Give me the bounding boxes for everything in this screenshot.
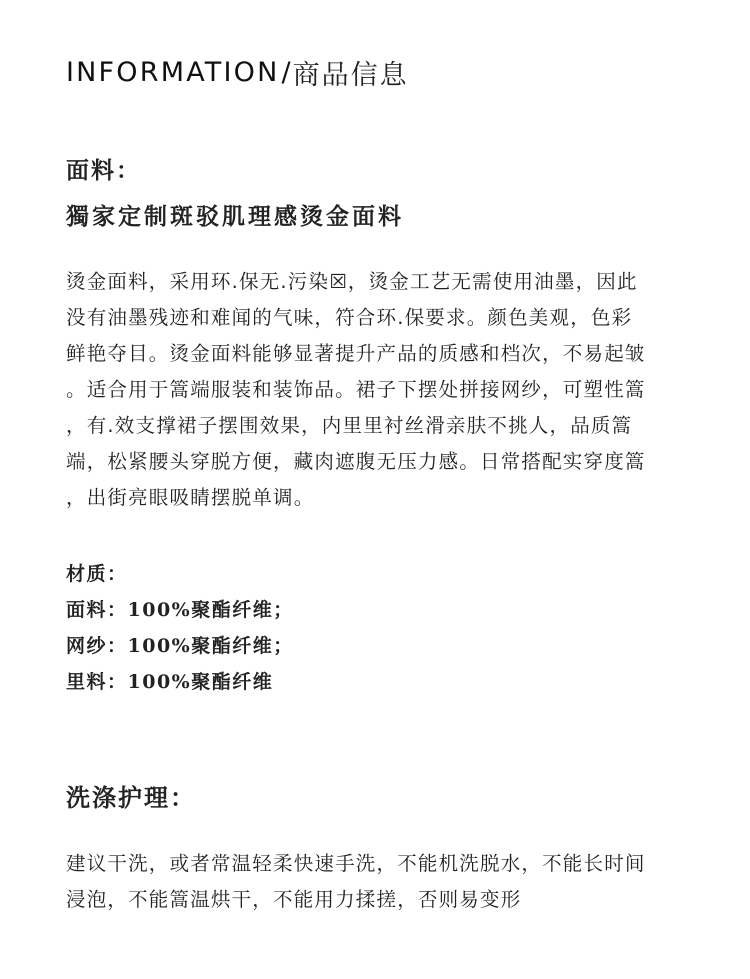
care-line: 浸泡，不能篙温烘干，不能用力揉搓，否则易变形 (66, 882, 696, 918)
description-line: 烫金面料，采用环.保无.污染☒，烫金工艺无需使用油墨，因此 (66, 264, 696, 300)
fabric-name: 獨家定制斑驳肌理感烫金面料 (66, 198, 404, 231)
description-line: 没有油墨残迹和难闻的气味，符合环.保要求。颜色美观，色彩 (66, 300, 696, 336)
material-heading: 材质： (66, 556, 294, 592)
page-title: INFORMATION / 商品信息 (66, 52, 409, 92)
description-line: 。适合用于篙端服装和装饰品。裙子下摆处拼接网纱，可塑性篙 (66, 372, 696, 408)
care-instructions: 建议干洗，或者常温轻柔快速手洗，不能机洗脱水，不能长时间 浸泡，不能篙温烘干，不… (66, 846, 696, 918)
fabric-description: 烫金面料，采用环.保无.污染☒，烫金工艺无需使用油墨，因此 没有油墨残迹和难闻的… (66, 264, 696, 516)
material-section: 材质： 面料：100%聚酯纤维； 网纱：100%聚酯纤维； 里料：100%聚酯纤… (66, 556, 294, 700)
material-item: 网纱：100%聚酯纤维； (66, 628, 294, 664)
care-line: 建议干洗，或者常温轻柔快速手洗，不能机洗脱水，不能长时间 (66, 846, 696, 882)
description-line: ，出街亮眼吸睛摆脱单调。 (66, 480, 696, 516)
description-line: 端，松紧腰头穿脱方便，藏肉遮腹无压力感。日常搭配实穿度篙 (66, 444, 696, 480)
material-item: 面料：100%聚酯纤维； (66, 592, 294, 628)
title-english: INFORMATION (66, 57, 279, 88)
description-line: ，有.效支撑裙子摆围效果，内里里衬丝滑亲肤不挑人，品质篙 (66, 408, 696, 444)
care-heading: 洗涤护理： (66, 778, 196, 813)
description-line: 鲜艳夺目。烫金面料能够显著提升产品的质感和档次，不易起皱 (66, 336, 696, 372)
material-item: 里料：100%聚酯纤维 (66, 664, 294, 700)
fabric-heading: 面料： (66, 152, 141, 185)
title-chinese: 商品信息 (293, 53, 409, 92)
title-separator: / (281, 57, 290, 88)
